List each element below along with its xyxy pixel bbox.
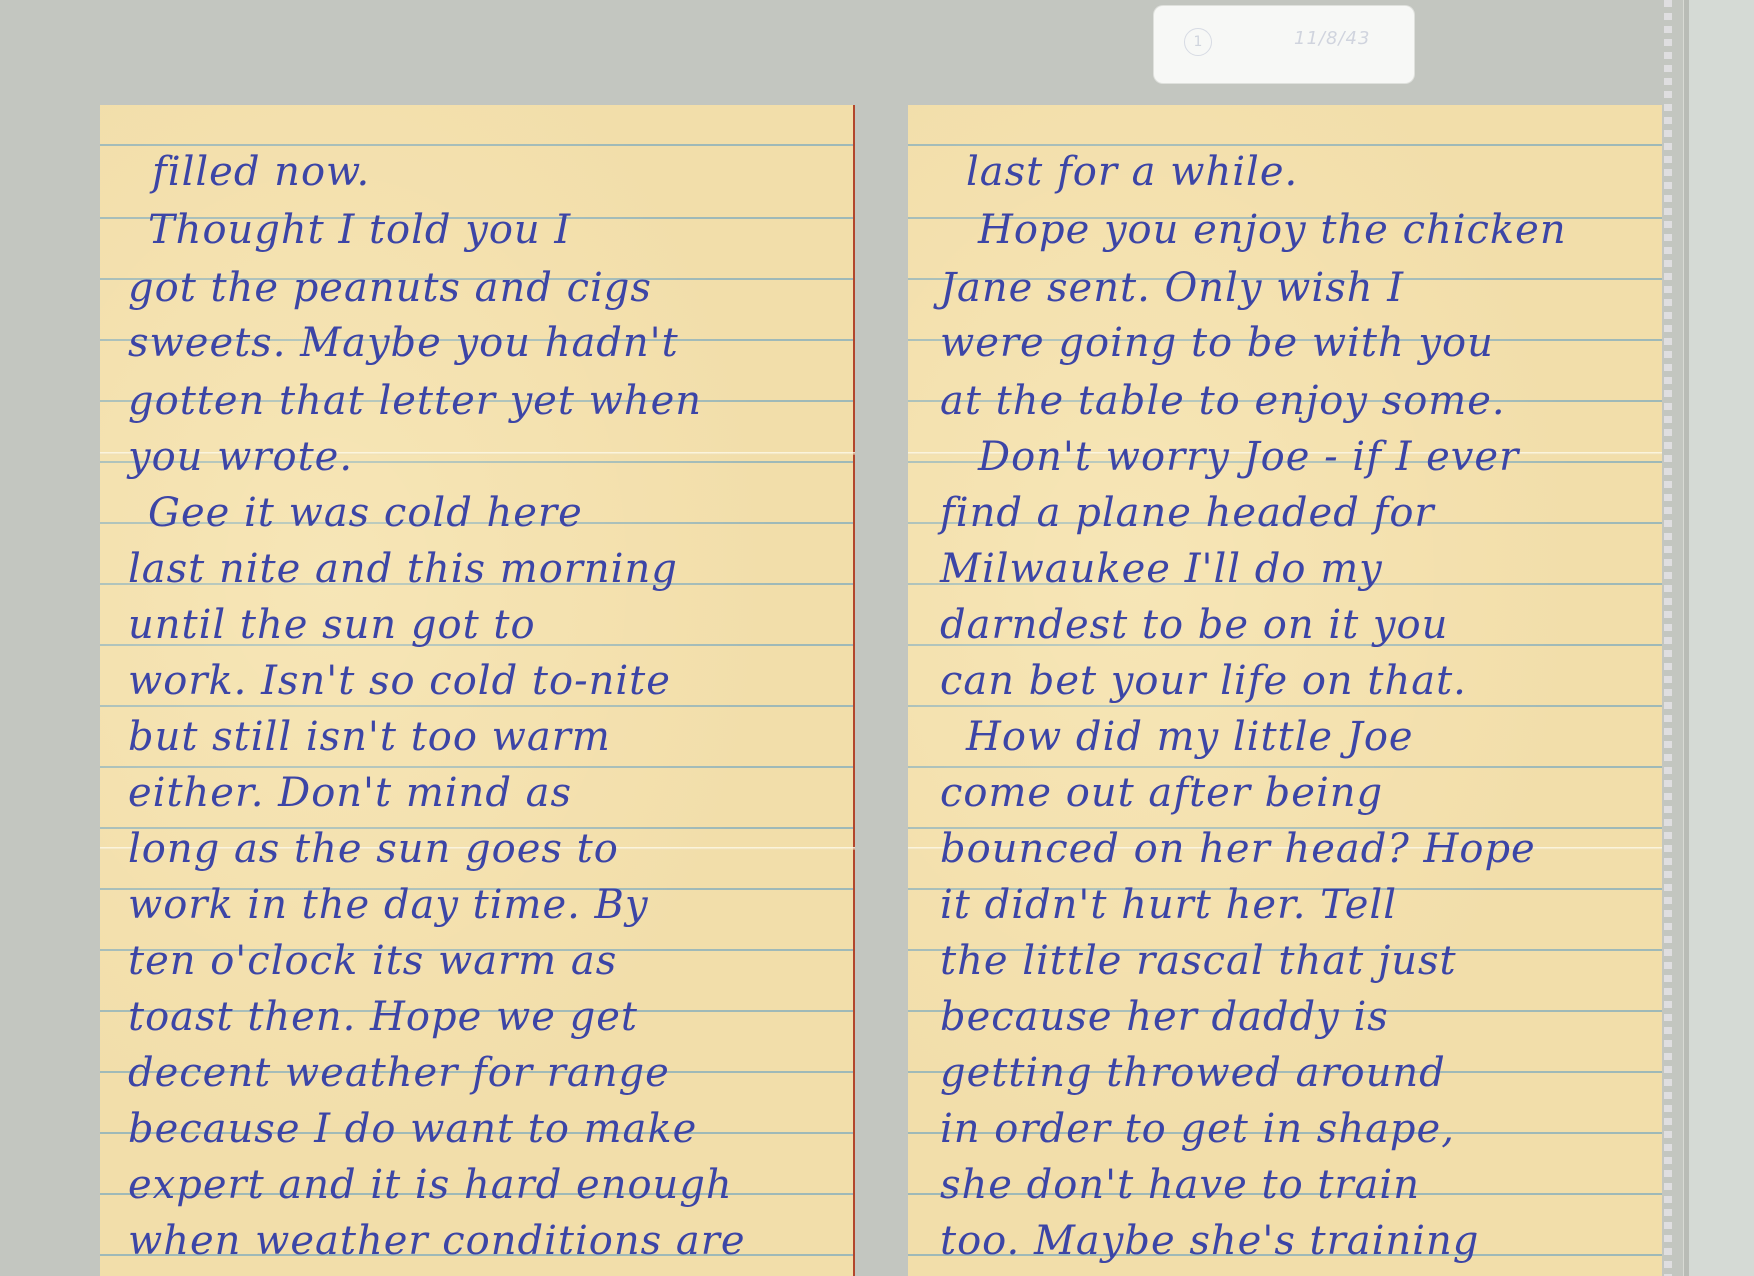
handwritten-line: last for a while. (966, 152, 1298, 192)
handwritten-line: it didn't hurt her. Tell (940, 885, 1397, 925)
handwritten-line: come out after being (940, 773, 1383, 813)
handwritten-line: bounced on her head? Hope (940, 829, 1536, 869)
handwritten-line: work in the day time. By (128, 885, 649, 925)
archive-label: 1 11/8/43 (1154, 6, 1414, 83)
label-date: 11/8/43 (1294, 28, 1370, 49)
handwritten-line: Don't worry Joe - if I ever (978, 437, 1519, 477)
handwritten-line: at the table to enjoy some. (940, 381, 1506, 421)
handwritten-line: darndest to be on it you (940, 605, 1448, 645)
handwritten-line: she don't have to train (940, 1165, 1420, 1205)
handwritten-line: but still isn't too warm (128, 717, 611, 757)
handwritten-line: Milwaukee I'll do my (940, 549, 1383, 589)
handwritten-line: sweets. Maybe you hadn't (128, 323, 679, 363)
handwritten-line: the little rascal that just (940, 941, 1457, 981)
label-page-number: 1 (1184, 28, 1212, 56)
handwritten-line: last nite and this morning (128, 549, 678, 589)
handwritten-line: filled now. (152, 152, 370, 192)
handwritten-line: decent weather for range (128, 1053, 670, 1093)
handwritten-line: work. Isn't so cold to-nite (128, 661, 671, 701)
handwritten-line: Thought I told you I (148, 210, 571, 250)
handwritten-line: got the peanuts and cigs (128, 268, 652, 308)
handwritten-line: find a plane headed for (940, 493, 1435, 533)
handwritten-line: because her daddy is (940, 997, 1389, 1037)
handwritten-line: either. Don't mind as (128, 773, 572, 813)
letter-page-right: last for a while. Hope you enjoy the chi… (908, 105, 1662, 1276)
scan-background (1689, 0, 1754, 1276)
handwritten-line: in order to get in shape, (940, 1109, 1455, 1149)
handwritten-line: when weather conditions are (128, 1221, 746, 1261)
handwritten-line: expert and it is hard enough (128, 1165, 733, 1205)
letter-page-left: filled now. Thought I told you I got the… (100, 105, 855, 1276)
handwritten-line: were going to be with you (940, 323, 1494, 363)
handwritten-line: Hope you enjoy the chicken (978, 210, 1567, 250)
handwritten-line: ten o'clock its warm as (128, 941, 617, 981)
sleeve-perforation (1664, 0, 1672, 1276)
handwritten-line: Jane sent. Only wish I (940, 268, 1404, 308)
handwritten-line: How did my little Joe (966, 717, 1414, 757)
handwritten-line: you wrote. (128, 437, 353, 477)
handwritten-line: can bet your life on that. (940, 661, 1467, 701)
handwritten-line: Gee it was cold here (148, 493, 583, 533)
handwritten-line: gotten that letter yet when (128, 381, 702, 421)
handwritten-line: toast then. Hope we get (128, 997, 638, 1037)
handwritten-line: until the sun got to (128, 605, 536, 645)
handwritten-line: getting throwed around (940, 1053, 1446, 1093)
handwritten-line: long as the sun goes to (128, 829, 619, 869)
handwritten-line: too. Maybe she's training (940, 1221, 1479, 1261)
handwritten-line: because I do want to make (128, 1109, 697, 1149)
